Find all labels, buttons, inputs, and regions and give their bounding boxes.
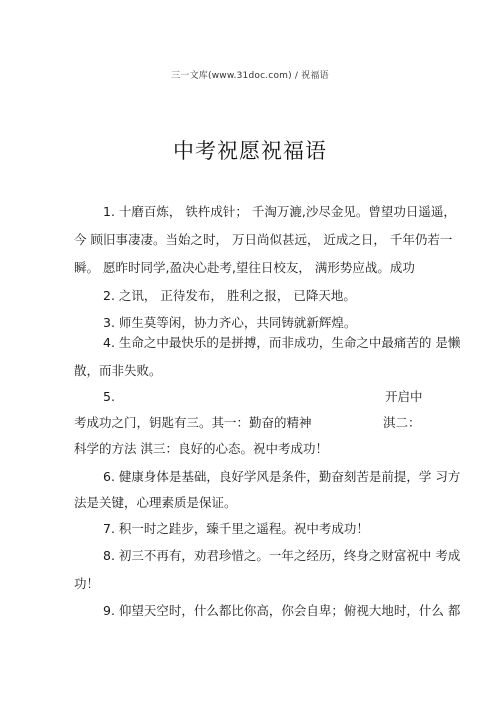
paragraph-line: 功！	[74, 576, 434, 592]
page-header-source: 三一文库(www.31doc.com) / 祝福语	[0, 68, 500, 81]
paragraph-line: 9. 仰望天空时，什么都比你高，你会自卑；俯视大地时，什么 都	[103, 603, 463, 619]
paragraph-line: 4. 生命之中最快乐的是拼搏，而非成功，生命之中最痛苦的 是懒	[103, 335, 463, 351]
paragraph-line: 8. 初三不再有，劝君珍惜之。一年之经历，终身之财富祝中 考成	[103, 548, 463, 564]
document-page: 三一文库(www.31doc.com) / 祝福语 中考祝愿祝福语 1. 十磨百…	[0, 0, 500, 708]
paragraph-line: 考成功之门，钥匙有三。其一：勤奋的精神	[74, 415, 434, 431]
paragraph-line: 1. 十磨百炼， 铁杵成针； 千淘万漉,沙尽金见。曾望功日遥遥，	[103, 204, 463, 220]
page-title: 中考祝愿祝福语	[0, 135, 500, 165]
paragraph-fragment-right: 开启中	[385, 389, 423, 405]
paragraph-line: 7. 积一时之跬步，臻千里之遥程。祝中考成功！	[103, 521, 463, 537]
paragraph-line: 科学的方法 淇三：良好的心态。祝中考成功！	[74, 441, 434, 457]
paragraph-line: 瞬。 愿昨时同学,盈决心赴考,望往日校友， 满形势应战。成功	[74, 260, 434, 276]
paragraph-line: 6. 健康身体是基础，良好学风是条件，勤奋刻苦是前提，学 习方	[103, 469, 463, 485]
paragraph-line: 2. 之讯， 正待发布， 胜利之报， 已降天地。	[103, 288, 463, 304]
paragraph-fragment-right: 淇二：	[383, 415, 421, 431]
paragraph-line: 散，而非失败。	[74, 363, 434, 379]
paragraph-line: 今 顾旧事凄凄。当始之时， 万日尚似甚远， 近成之日， 千年仍若一	[74, 232, 434, 248]
paragraph-line: 3. 师生莫等闲，协力齐心，共同铸就新辉煌。	[103, 315, 463, 331]
paragraph-line: 法是关键，心理素质是保证。	[74, 495, 434, 511]
